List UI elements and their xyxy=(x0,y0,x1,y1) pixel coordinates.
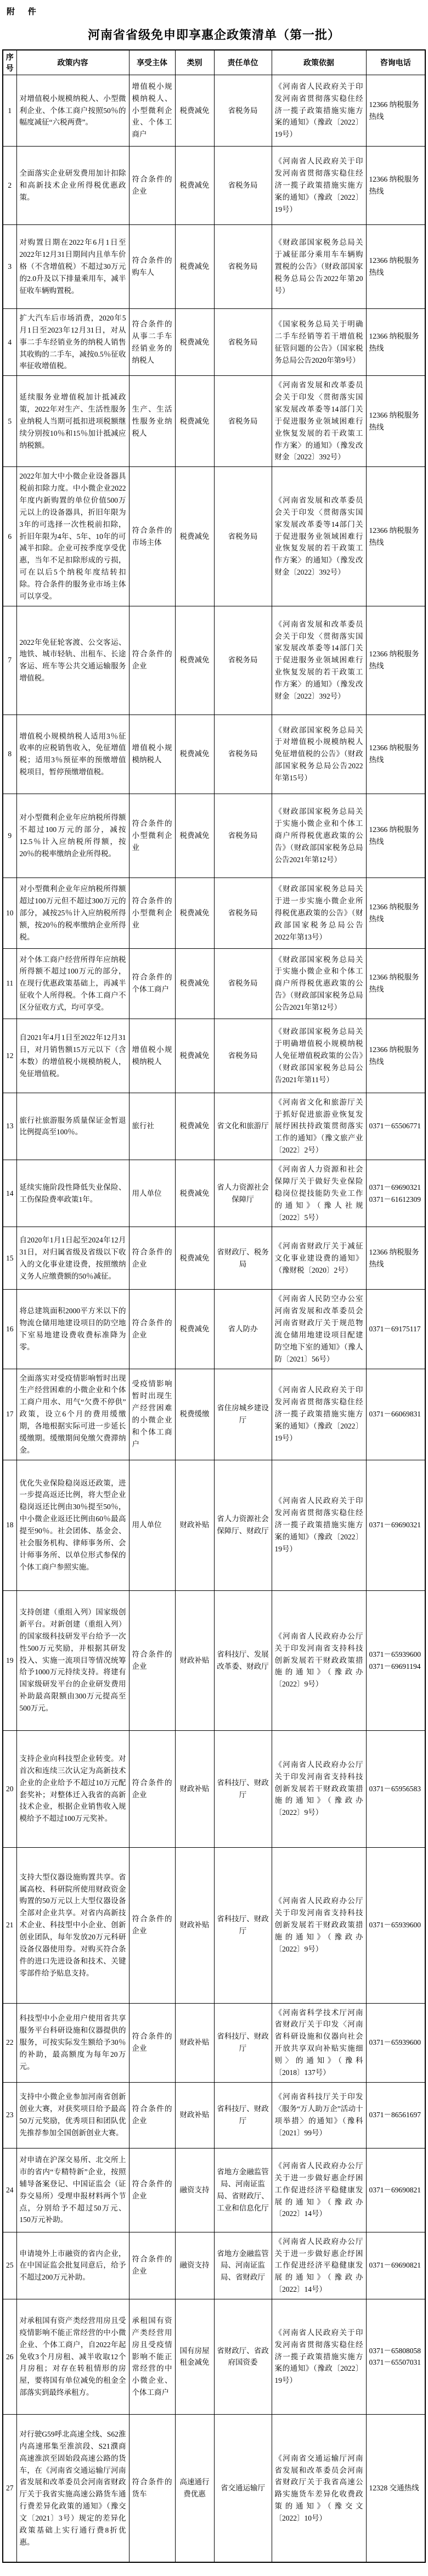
policy-content: 对购置日期在2022年6月1日至2022年12月31日期间内且单车价格（不含增值… xyxy=(16,225,129,309)
phone: 0371－65506771 xyxy=(366,1093,425,1160)
phone: 12366 纳税服务热线 xyxy=(366,948,425,1019)
table-row: 9 对小型微利企业年应纳税所得额不超过100万元的部分，减按12.5％计入应纳税… xyxy=(3,794,425,878)
policy-content: 自2020年1月1日起至2024年12月31日，对归属省级及省级以下收入的文化事… xyxy=(16,1227,129,1290)
policy-content: 对增值税小规模纳税人、小型微利企业、个体工商户按照50％的幅度减征“六税两费”。 xyxy=(16,75,129,147)
policy-basis: 《河南省发展和改革委员会关于印发〈贯彻落实国家发展改革委等14部门关于促进服务业… xyxy=(272,606,366,715)
table-body: 1 对增值税小规模纳税人、小型微利企业、个体工商户按照50％的幅度减征“六税两费… xyxy=(3,75,425,2563)
responsible-unit: 省科技厅、发展改革委、财政厅 xyxy=(214,1590,272,1730)
policy-content: 增值税小规模纳税人适用3％征收率的应税销售收入，免征增值税；适用3％预征率的预缴… xyxy=(16,715,129,794)
category: 高速通行费优惠 xyxy=(175,2414,214,2562)
row-number: 6 xyxy=(3,467,16,606)
table-row: 24 对申请在沪深交易所、北交所上市的省内“专精特新”企业，按照辅导备案登记、中… xyxy=(3,2148,425,2232)
row-number: 8 xyxy=(3,715,16,794)
beneficiary: 符合条件的企业 xyxy=(129,2232,175,2299)
category: 财政补贴 xyxy=(175,2003,214,2082)
policy-basis: 《河南省人民政府关于印发河南省贯彻落实稳住经济一揽子政策措施实施方案的通知》（豫… xyxy=(272,147,366,225)
category: 税费减免 xyxy=(175,1227,214,1290)
responsible-unit: 省财政厅、省政府国资委 xyxy=(214,2299,272,2414)
row-number: 9 xyxy=(3,794,16,878)
beneficiary: 承租国有资产类经营用房且受疫情影响不能正常经营的中小微企业、个体工商户 xyxy=(129,2299,175,2414)
category: 税费减免 xyxy=(175,794,214,878)
row-number: 24 xyxy=(3,2148,16,2232)
category: 国有房屋租金减免 xyxy=(175,2299,214,2414)
responsible-unit: 省财政厅、税务局 xyxy=(214,1227,272,1290)
beneficiary: 符合条件的企业 xyxy=(129,2148,175,2232)
policy-content: 自2021年4月1日至2022年12月31日，对月销售额15万元以下（含本数）的… xyxy=(16,1019,129,1093)
column-header-category: 类别 xyxy=(175,50,214,75)
column-header-content: 政策内容 xyxy=(16,50,129,75)
responsible-unit: 省科技厅、财政厅 xyxy=(214,2082,272,2148)
row-number: 14 xyxy=(3,1160,16,1227)
policy-basis: 《河南省人民政府办公厅关于进一步做好惠企纾困工作促进经济平稳健康发展的通知》（豫… xyxy=(272,2232,366,2299)
policy-basis: 《河南省人民政府办公厅关于印发河南省支持科技创新发展若干财政政策措施的通知》（豫… xyxy=(272,1847,366,2003)
row-number: 19 xyxy=(3,1590,16,1730)
responsible-unit: 省人力资源社会保障厅、财政厅 xyxy=(214,1460,272,1590)
table-row: 6 2022年加大中小微企业设备器具税前扣除力度。中小微企业2022年度内新购置… xyxy=(3,467,425,606)
phone: 0371－69690821 xyxy=(366,2232,425,2299)
beneficiary: 符合条件的企业 xyxy=(129,1847,175,2003)
phone: 12366 纳税服务热线 xyxy=(366,715,425,794)
policy-basis: 《国家税务总局关于明确二手车经销等若干增值税征管问题的公告》（国家税务总局公告2… xyxy=(272,309,366,376)
policy-content: 科技型中小企业用户使用省共享服务平台科研设施和仪器提供的服务，可按实际发生额给予… xyxy=(16,2003,129,2082)
table-row: 1 对增值税小规模纳税人、小型微利企业、个体工商户按照50％的幅度减征“六税两费… xyxy=(3,75,425,147)
policy-basis: 《财政部国家税务总局关于明确增值税小规模纳税人免征增值税政策的公告》（财政部国家… xyxy=(272,1019,366,1093)
category: 税费减免 xyxy=(175,715,214,794)
phone: 0371－69690321 0371－61612309 xyxy=(366,1160,425,1227)
category: 税费减免 xyxy=(175,1093,214,1160)
phone: 12366 纳税服务热线 xyxy=(366,606,425,715)
policy-basis: 《河南省人民政府关于印发河南省贯彻落实稳住经济一揽子政策措施实施方案的通知》（豫… xyxy=(272,75,366,147)
column-header-phone: 咨询电话 xyxy=(366,50,425,75)
responsible-unit: 省科技厅、财政厅 xyxy=(214,2003,272,2082)
table-row: 25 申请境外上市融资的省内企业，在中国证监会批复同意后，给予不超过200万元补… xyxy=(3,2232,425,2299)
policy-content: 2022年加大中小微企业设备器具税前扣除力度。中小微企业2022年度内新购置的单… xyxy=(16,467,129,606)
category: 财政补贴 xyxy=(175,2082,214,2148)
beneficiary: 生产、生活性服务业纳税人 xyxy=(129,376,175,467)
column-header-unit: 责任单位 xyxy=(214,50,272,75)
table-row: 3 对购置日期在2022年6月1日至2022年12月31日期间内且单车价格（不含… xyxy=(3,225,425,309)
category: 融资支持 xyxy=(175,2148,214,2232)
row-number: 21 xyxy=(3,1847,16,2003)
beneficiary: 符合条件的企业 xyxy=(129,147,175,225)
page-title: 河南省省级免申即享惠企政策清单（第一批） xyxy=(0,26,428,43)
table-row: 21 支持大型仪器设施购置共享。省属高校、科研院所使用财政资金购置的50万元以上… xyxy=(3,1847,425,2003)
policy-basis: 《河南省人民政府办公厅关于印发河南省支持科技创新发展若干财政政策措施的通知》（豫… xyxy=(272,1730,366,1847)
phone: 0371－69690821 xyxy=(366,2148,425,2232)
row-number: 2 xyxy=(3,147,16,225)
column-header-subject: 享受主体 xyxy=(129,50,175,75)
category: 税费减免 xyxy=(175,606,214,715)
policy-content: 支持创建（重组入列）国家级创新平台。对新创建（重组入列）的国家级科技研发平台给予… xyxy=(16,1590,129,1730)
policy-basis: 《河南省财政厅关于减征文化事业建设费的通知》（豫财税〔2020〕2号） xyxy=(272,1227,366,1290)
phone: 0371－65808058 0371－65507031 xyxy=(366,2299,425,2414)
row-number: 17 xyxy=(3,1369,16,1460)
table-row: 17 全面落实对受疫情影响暂时出现生产经营困难的小微企业和个体工商户用水、用气“… xyxy=(3,1369,425,1460)
phone: 12366 纳税服务热线 xyxy=(366,1227,425,1290)
beneficiary: 符合条件的企业 xyxy=(129,2082,175,2148)
category: 税费减免 xyxy=(175,376,214,467)
policy-content: 旅行社旅游服务质量保证金暂退比例提高至100％。 xyxy=(16,1093,129,1160)
policy-content: 优化失业保险稳岗返还政策，进一步提高返还比例，将大型企业稳岗返还比例由30％提至… xyxy=(16,1460,129,1590)
row-number: 10 xyxy=(3,878,16,948)
beneficiary: 符合条件的企业 xyxy=(129,1290,175,1369)
phone: 12366 纳税服务热线 xyxy=(366,75,425,147)
policy-content: 将总建筑面积2000平方米以下的物流仓储用地建设项目的防空地下室易地建设费收费标… xyxy=(16,1290,129,1369)
phone: 12366 纳税服务热线 xyxy=(366,467,425,606)
table-row: 20 支持企业向科技型企业转变。对首次和连续三次认定为高新技术企业的企业给予不超… xyxy=(3,1730,425,1847)
responsible-unit: 省税务局 xyxy=(214,147,272,225)
responsible-unit: 省税务局 xyxy=(214,948,272,1019)
responsible-unit: 省税务局 xyxy=(214,75,272,147)
beneficiary: 用人单位 xyxy=(129,1460,175,1590)
table-row: 4 扩大汽车后市场消费，2020年5月1日至2023年12月31日，对从事二手车… xyxy=(3,309,425,376)
responsible-unit: 省税务局 xyxy=(214,878,272,948)
responsible-unit: 省交通运输厅 xyxy=(214,2414,272,2562)
responsible-unit: 省人防办 xyxy=(214,1290,272,1369)
category: 税费减免 xyxy=(175,1019,214,1093)
category: 财政补贴 xyxy=(175,1730,214,1847)
policy-content: 对承租国有资产类经营用房且受疫情影响不能正常经营的中小微企业、个体工商户，自20… xyxy=(16,2299,129,2414)
table-row: 5 延续服务业增值税加计抵减政策，2022年对生产、生活性服务业纳税人当期可抵扣… xyxy=(3,376,425,467)
category: 税费减免 xyxy=(175,878,214,948)
phone: 0371－65939600 xyxy=(366,2003,425,2082)
responsible-unit: 省税务局 xyxy=(214,715,272,794)
category: 税费缓缴 xyxy=(175,1369,214,1460)
policy-basis: 《河南省文化和旅游厅关于抓好促进旅游业恢复发展纾困扶持政策贯彻落实工作的通知》（… xyxy=(272,1093,366,1160)
policy-content: 支持企业向科技型企业转变。对首次和连续三次认定为高新技术企业的企业给予不超过10… xyxy=(16,1730,129,1847)
beneficiary: 符合条件的从事二手车经销业务的纳税人 xyxy=(129,309,175,376)
policy-basis: 《河南省发展和改革委员会关于印发〈贯彻落实国家发展改革委等14部门关于促进服务业… xyxy=(272,467,366,606)
beneficiary: 用人单位 xyxy=(129,1160,175,1227)
responsible-unit: 省税务局 xyxy=(214,794,272,878)
policy-basis: 《财政部国家税务总局关于实施小微企业和个体工商户所得税优惠政策的公告》（财政部国… xyxy=(272,794,366,878)
policy-basis: 《河南省人民防空办公室河南省发展和改革委员会河南省财政厅关于规范物流仓储用地建设… xyxy=(272,1290,366,1369)
category: 财政补贴 xyxy=(175,1590,214,1730)
table-row: 7 2022年免征轮客渡、公交客运、地铁、城市轻轨、出租车、长途客运、班车等公共… xyxy=(3,606,425,715)
beneficiary: 增值税小规模纳税人 xyxy=(129,1019,175,1093)
policy-table: 序号 政策内容 享受主体 类别 责任单位 政策依据 咨询电话 1 对增值税小规模… xyxy=(2,49,426,2563)
policy-basis: 《河南省科技厅关于印发〈服务“万人助万企”活动十项举措〉的通知》（豫科〔2021… xyxy=(272,2082,366,2148)
phone: 0371－65939600 0371－69691194 xyxy=(366,1590,425,1730)
beneficiary: 符合条件的个体工商户 xyxy=(129,948,175,1019)
row-number: 15 xyxy=(3,1227,16,1290)
beneficiary: 符合条件的企业 xyxy=(129,1730,175,1847)
category: 税费减免 xyxy=(175,309,214,376)
table-row: 13 旅行社旅游服务质量保证金暂退比例提高至100％。 旅行社 税费减免 省文化… xyxy=(3,1093,425,1160)
document-page: 附 件 河南省省级免申即享惠企政策清单（第一批） 序号 政策内容 享受主体 类别… xyxy=(0,0,428,2576)
responsible-unit: 省税务局 xyxy=(214,606,272,715)
beneficiary: 增值税小规模纳税人 xyxy=(129,715,175,794)
table-row: 15 自2020年1月1日起至2024年12月31日，对归属省级及省级以下收入的… xyxy=(3,1227,425,1290)
row-number: 22 xyxy=(3,2003,16,2082)
policy-content: 对行驶G59呼北高速全线、S62淮内高速邢集至淮滨段、S21濮商高速淮滨至固始段… xyxy=(16,2414,129,2562)
row-number: 18 xyxy=(3,1460,16,1590)
phone: 0371－69690321 xyxy=(366,1460,425,1590)
policy-basis: 《河南省人民政府办公厅关于印发河南省支持科技创新发展若干财政政策措施的通知》（豫… xyxy=(272,1590,366,1730)
policy-content: 支持中小微企业参加河南省创新创业大赛，对获奖项目给予最高50万元奖励，优秀项目和… xyxy=(16,2082,129,2148)
row-number: 12 xyxy=(3,1019,16,1093)
policy-basis: 《河南省人民政府关于印发河南省贯彻落实稳住经济一揽子政策措施实施方案的通知》（豫… xyxy=(272,1460,366,1590)
phone: 12366 纳税服务热线 xyxy=(366,878,425,948)
policy-content: 支持大型仪器设施购置共享。省属高校、科研院所使用财政资金购置的50万元以上大型仪… xyxy=(16,1847,129,2003)
policy-basis: 《河南省人民政府办公厅关于进一步做好惠企纾困工作促进经济平稳健康发展的通知》（豫… xyxy=(272,2148,366,2232)
table-row: 12 自2021年4月1日至2022年12月31日，对月销售额15万元以下（含本… xyxy=(3,1019,425,1093)
table-header-row: 序号 政策内容 享受主体 类别 责任单位 政策依据 咨询电话 xyxy=(3,50,425,75)
policy-basis: 《财政部国家税务总局关于减征部分乘用车车辆购置税的公告》（财政部国家税务总局公告… xyxy=(272,225,366,309)
beneficiary: 增值税小规模纳税人、小型微利企业、个体工商户 xyxy=(129,75,175,147)
policy-basis: 《河南省科学技术厅河南省财政厅关于印发〈河南省科研设施和仪器向社会开放共享双向补… xyxy=(272,2003,366,2082)
policy-content: 扩大汽车后市场消费，2020年5月1日至2023年12月31日，对从事二手车经销… xyxy=(16,309,129,376)
row-number: 16 xyxy=(3,1290,16,1369)
responsible-unit: 省人力资源社会保障厅 xyxy=(214,1160,272,1227)
responsible-unit: 省税务局 xyxy=(214,1019,272,1093)
table-row: 16 将总建筑面积2000平方米以下的物流仓储用地建设项目的防空地下室易地建设费… xyxy=(3,1290,425,1369)
category: 税费减免 xyxy=(175,1160,214,1227)
table-row: 11 对个体工商户经营所得年应纳税所得额不超过100万元的部分，在现行优惠政策基… xyxy=(3,948,425,1019)
phone: 12366 纳税服务热线 xyxy=(366,225,425,309)
beneficiary: 符合条件的购车人 xyxy=(129,225,175,309)
category: 税费减免 xyxy=(175,225,214,309)
responsible-unit: 省地方金融监管局、河南证监局、省财政厅、工业和信息化厅 xyxy=(214,2148,272,2232)
phone: 0371－66069831 xyxy=(366,1369,425,1460)
beneficiary: 符合条件的货车 xyxy=(129,2414,175,2562)
policy-content: 全面落实对受疫情影响暂时出现生产经营困难的小微企业和个体工商户用水、用气“欠费不… xyxy=(16,1369,129,1460)
beneficiary: 符合条件的市场主体 xyxy=(129,467,175,606)
row-number: 20 xyxy=(3,1730,16,1847)
responsible-unit: 省住房城乡建设厅 xyxy=(214,1369,272,1460)
category: 融资支持 xyxy=(175,2232,214,2299)
row-number: 23 xyxy=(3,2082,16,2148)
row-number: 13 xyxy=(3,1093,16,1160)
policy-content: 申请境外上市融资的省内企业，在中国证监会批复同意后，给予不超过200万元补助。 xyxy=(16,2232,129,2299)
row-number: 26 xyxy=(3,2299,16,2414)
table-row: 26 对承租国有资产类经营用房且受疫情影响不能正常经营的中小微企业、个体工商户，… xyxy=(3,2299,425,2414)
beneficiary: 旅行社 xyxy=(129,1093,175,1160)
category: 财政补贴 xyxy=(175,1460,214,1590)
phone: 12366 纳税服务热线 xyxy=(366,309,425,376)
beneficiary: 受疫情影响暂时出现生产经营困难的小微企业和个体工商户 xyxy=(129,1369,175,1460)
table-row: 19 支持创建（重组入列）国家级创新平台。对新创建（重组入列）的国家级科技研发平… xyxy=(3,1590,425,1730)
beneficiary: 符合条件的企业 xyxy=(129,1590,175,1730)
policy-content: 全面落实企业研发费用加计扣除和高新技术企业所得税优惠政策。 xyxy=(16,147,129,225)
category: 财政补贴 xyxy=(175,1847,214,2003)
policy-basis: 《河南省人民政府关于印发河南省贯彻落实稳住经济一揽子政策措施实施方案的通知》（豫… xyxy=(272,2299,366,2414)
table-row: 8 增值税小规模纳税人适用3％征收率的应税销售收入，免征增值税；适用3％预征率的… xyxy=(3,715,425,794)
responsible-unit: 省科技厅、财政厅 xyxy=(214,1847,272,2003)
phone: 12366 纳税服务热线 xyxy=(366,794,425,878)
row-number: 25 xyxy=(3,2232,16,2299)
table-row: 18 优化失业保险稳岗返还政策，进一步提高返还比例，将大型企业稳岗返还比例由30… xyxy=(3,1460,425,1590)
phone: 0371－65939600 xyxy=(366,1847,425,2003)
category: 税费减免 xyxy=(175,147,214,225)
beneficiary: 符合条件的企业 xyxy=(129,1227,175,1290)
table-row: 27 对行驶G59呼北高速全线、S62淮内高速邢集至淮滨段、S21濮商高速淮滨至… xyxy=(3,2414,425,2562)
policy-basis: 《河南省交通运输厅河南省发展和改革委员会河南省财政厅关于我省高速公路实施货车差异… xyxy=(272,2414,366,2562)
row-number: 3 xyxy=(3,225,16,309)
table-row: 22 科技型中小企业用户使用省共享服务平台科研设施和仪器提供的服务，可按实际发生… xyxy=(3,2003,425,2082)
responsible-unit: 省地方金融监管局、河南证监局、省财政厅 xyxy=(214,2232,272,2299)
attachment-label: 附 件 xyxy=(7,5,428,17)
column-header-basis: 政策依据 xyxy=(272,50,366,75)
policy-basis: 《河南省人民政府关于印发河南省贯彻落实稳住经济一揽子政策措施实施方案的通知》（豫… xyxy=(272,1369,366,1460)
beneficiary: 符合条件的企业 xyxy=(129,606,175,715)
responsible-unit: 省文化和旅游厅 xyxy=(214,1093,272,1160)
column-header-seq: 序号 xyxy=(3,50,16,75)
policy-basis: 《财政部国家税务总局关于实施小微企业和个体工商户所得税优惠政策的公告》（财政部国… xyxy=(272,948,366,1019)
policy-content: 2022年免征轮客渡、公交客运、地铁、城市轻轨、出租车、长途客运、班车等公共交通… xyxy=(16,606,129,715)
phone: 12366 纳税服务热线 xyxy=(366,147,425,225)
policy-basis: 《财政部国家税务总局关于进一步实施小微企业所得税优惠政策的公告》（财政部国家税务… xyxy=(272,878,366,948)
responsible-unit: 省税务局 xyxy=(214,309,272,376)
phone: 12328 交通热线 xyxy=(366,2414,425,2562)
row-number: 5 xyxy=(3,376,16,467)
category: 税费减免 xyxy=(175,948,214,1019)
table-row: 23 支持中小微企业参加河南省创新创业大赛，对获奖项目给予最高50万元奖励，优秀… xyxy=(3,2082,425,2148)
beneficiary: 符合条件的小型微利企业 xyxy=(129,878,175,948)
responsible-unit: 省税务局 xyxy=(214,467,272,606)
category: 税费减免 xyxy=(175,467,214,606)
responsible-unit: 省税务局 xyxy=(214,225,272,309)
policy-content: 对小型微利企业年应纳税所得额超过100万元但不超过300万元的部分，减按25％计… xyxy=(16,878,129,948)
table-row: 10 对小型微利企业年应纳税所得额超过100万元但不超过300万元的部分，减按2… xyxy=(3,878,425,948)
policy-content: 对个体工商户经营所得年应纳税所得额不超过100万元的部分，在现行优惠政策基础上，… xyxy=(16,948,129,1019)
responsible-unit: 省科技厅、财政厅 xyxy=(214,1730,272,1847)
responsible-unit: 省税务局 xyxy=(214,376,272,467)
phone: 0371－65956583 xyxy=(366,1730,425,1847)
beneficiary: 符合条件的小型微利企业 xyxy=(129,794,175,878)
policy-content: 延续实施阶段性降低失业保险、工伤保险费率政策1年。 xyxy=(16,1160,129,1227)
row-number: 7 xyxy=(3,606,16,715)
category: 税费减免 xyxy=(175,75,214,147)
row-number: 11 xyxy=(3,948,16,1019)
policy-content: 对申请在沪深交易所、北交所上市的省内“专精特新”企业，按照辅导备案登记、中国证监… xyxy=(16,2148,129,2232)
row-number: 1 xyxy=(3,75,16,147)
row-number: 27 xyxy=(3,2414,16,2562)
policy-basis: 《河南省人力资源和社会保障厅关于做好失业保险稳岗位提技能防失业工作的通知》（豫人… xyxy=(272,1160,366,1227)
phone: 12366 纳税服务热线 xyxy=(366,1019,425,1093)
policy-content: 延续服务业增值税加计抵减政策，2022年对生产、生活性服务业纳税人当期可抵扣进项… xyxy=(16,376,129,467)
category: 税费减免 xyxy=(175,1290,214,1369)
policy-basis: 《河南省发展和改革委员会关于印发〈贯彻落实国家发展改革委等14部门关于促进服务业… xyxy=(272,376,366,467)
phone: 12366 纳税服务热线 xyxy=(366,376,425,467)
phone: 0371－69175117 xyxy=(366,1290,425,1369)
table-row: 14 延续实施阶段性降低失业保险、工伤保险费率政策1年。 用人单位 税费减免 省… xyxy=(3,1160,425,1227)
row-number: 4 xyxy=(3,309,16,376)
phone: 0371－86561697 xyxy=(366,2082,425,2148)
beneficiary: 符合条件的企业 xyxy=(129,2003,175,2082)
table-row: 2 全面落实企业研发费用加计扣除和高新技术企业所得税优惠政策。 符合条件的企业 … xyxy=(3,147,425,225)
policy-basis: 《财政部国家税务总局关于对增值税小规模纳税人免征增值税的公告》（财政部国家税务总… xyxy=(272,715,366,794)
policy-content: 对小型微利企业年应纳税所得额不超过100万元的部分，减按12.5％计入应纳税所得… xyxy=(16,794,129,878)
